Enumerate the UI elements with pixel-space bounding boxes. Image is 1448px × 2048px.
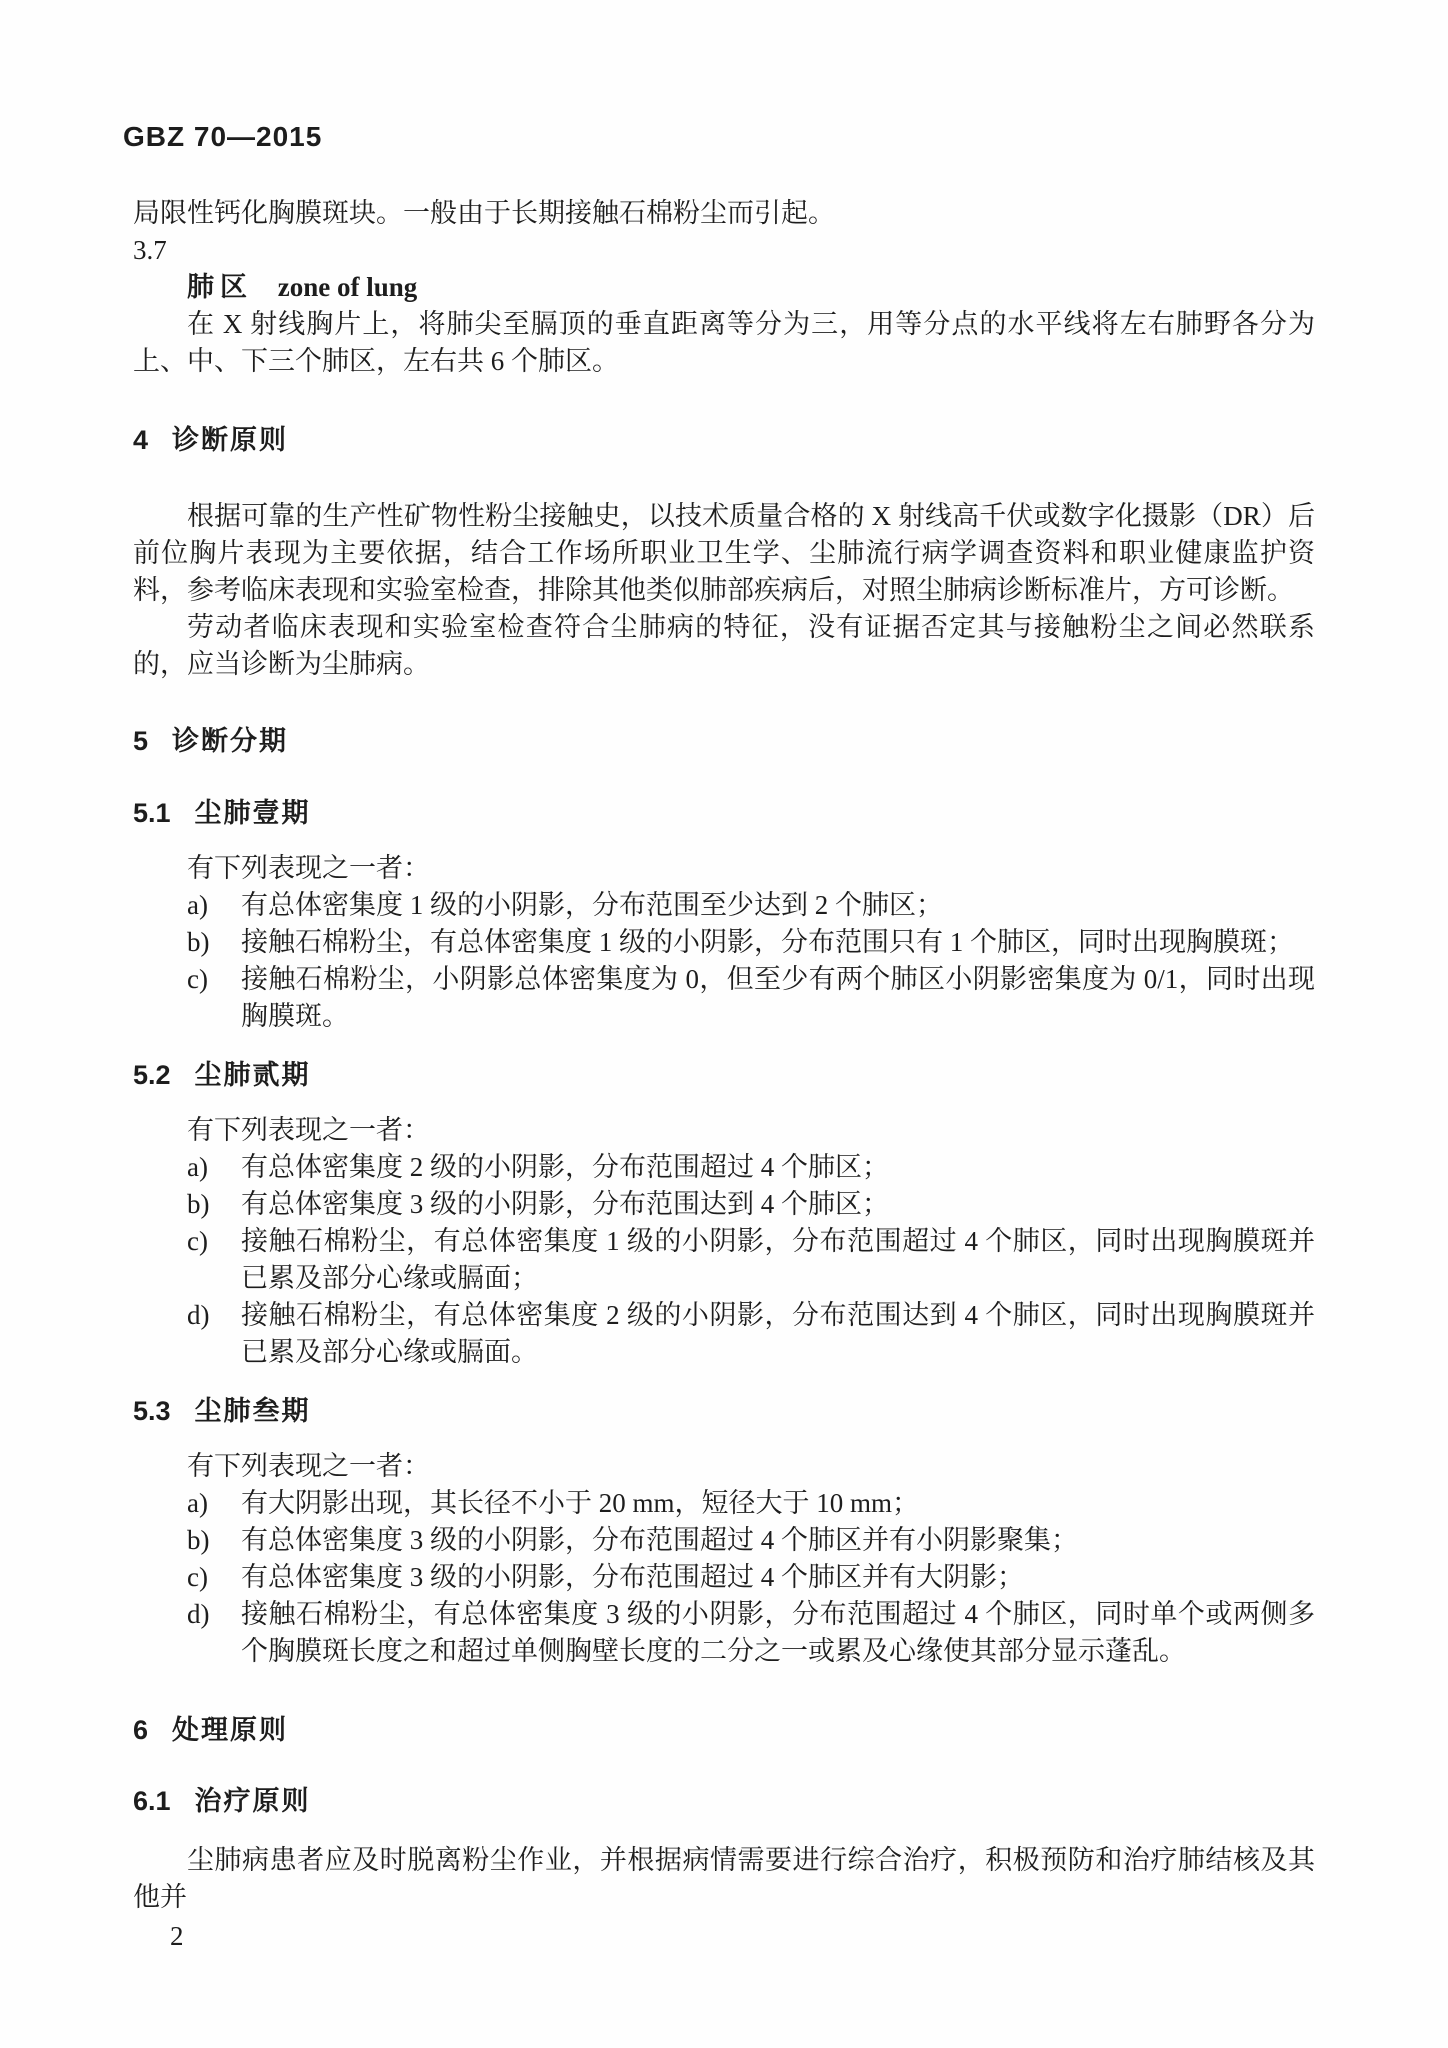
list-item-marker: c) [187,961,241,1035]
list-item: a) 有总体密集度 2 级的小阴影，分布范围超过 4 个肺区； [187,1149,1315,1186]
list-item-text: 有总体密集度 3 级的小阴影，分布范围达到 4 个肺区； [241,1186,1315,1223]
section-6-1-heading: 6.1治疗原则 [133,1781,1315,1821]
section-5-2-clauses: a) 有总体密集度 2 级的小阴影，分布范围超过 4 个肺区； b) 有总体密集… [187,1149,1315,1371]
section-5-1-heading: 5.1尘肺壹期 [133,793,1315,833]
list-item-marker: d) [187,1596,241,1670]
section-6-1-title: 治疗原则 [195,1786,311,1816]
section-5-3-number: 5.3 [133,1396,171,1426]
list-item-text: 接触石棉粉尘，有总体密集度 3 级的小阴影，分布范围超过 4 个肺区，同时单个或… [241,1596,1315,1670]
list-item: c) 接触石棉粉尘，有总体密集度 1 级的小阴影，分布范围超过 4 个肺区，同时… [187,1223,1315,1297]
section-6-1-paragraph: 尘肺病患者应及时脱离粉尘作业，并根据病情需要进行综合治疗，积极预防和治疗肺结核及… [133,1842,1315,1916]
section-5-3-clauses: a) 有大阴影出现，其长径不小于 20 mm，短径大于 10 mm； b) 有总… [187,1485,1315,1670]
list-item-text: 有总体密集度 3 级的小阴影，分布范围超过 4 个肺区并有小阴影聚集； [241,1522,1315,1559]
standard-number: GBZ 70—2015 [123,118,1315,155]
section-5-1-number: 5.1 [133,798,171,828]
section-5-3-heading: 5.3尘肺叁期 [133,1391,1315,1431]
list-item: b) 有总体密集度 3 级的小阴影，分布范围达到 4 个肺区； [187,1186,1315,1223]
list-item: a) 有总体密集度 1 级的小阴影，分布范围至少达到 2 个肺区； [187,887,1315,924]
term-definition: 在 X 射线胸片上，将肺尖至膈顶的垂直距离等分为三，用等分点的水平线将左右肺野各… [133,306,1315,380]
list-item-marker: a) [187,1485,241,1522]
list-item-marker: c) [187,1223,241,1297]
list-item: d) 接触石棉粉尘，有总体密集度 3 级的小阴影，分布范围超过 4 个肺区，同时… [187,1596,1315,1670]
list-item-text: 有总体密集度 2 级的小阴影，分布范围超过 4 个肺区； [241,1149,1315,1186]
list-item: b) 接触石棉粉尘，有总体密集度 1 级的小阴影，分布范围只有 1 个肺区，同时… [187,924,1315,961]
section-6-heading: 6处理原则 [133,1710,1315,1750]
list-item-marker: a) [187,1149,241,1186]
list-item-text: 接触石棉粉尘，有总体密集度 1 级的小阴影，分布范围超过 4 个肺区，同时出现胸… [241,1223,1315,1297]
section-4-number: 4 [133,425,148,455]
list-item: c) 有总体密集度 3 级的小阴影，分布范围超过 4 个肺区并有大阴影； [187,1559,1315,1596]
section-5-1-clauses: a) 有总体密集度 1 级的小阴影，分布范围至少达到 2 个肺区； b) 接触石… [187,887,1315,1035]
section-5-1-title: 尘肺壹期 [195,798,311,828]
section-5-2-number: 5.2 [133,1060,171,1090]
section-6-1-number: 6.1 [133,1786,171,1816]
page-number: 2 [133,1918,1315,1955]
section-5-2-title: 尘肺贰期 [195,1060,311,1090]
carryover-definition-line: 局限性钙化胸膜斑块。一般由于长期接触石棉粉尘而引起。 [133,195,1315,232]
list-item: d) 接触石棉粉尘，有总体密集度 2 级的小阴影，分布范围达到 4 个肺区，同时… [187,1297,1315,1371]
list-item: a) 有大阴影出现，其长径不小于 20 mm，短径大于 10 mm； [187,1485,1315,1522]
term-number: 3.7 [133,232,1315,269]
list-item-marker: a) [187,887,241,924]
list-item: c) 接触石棉粉尘，小阴影总体密集度为 0，但至少有两个肺区小阴影密集度为 0/… [187,961,1315,1035]
list-item-text: 有总体密集度 3 级的小阴影，分布范围超过 4 个肺区并有大阴影； [241,1559,1315,1596]
term-title-line: 肺区 zone of lung [133,269,1315,306]
term-title-zh: 肺区 [187,272,253,302]
section-5-number: 5 [133,726,148,756]
list-item-text: 有总体密集度 1 级的小阴影，分布范围至少达到 2 个肺区； [241,887,1315,924]
list-item: b) 有总体密集度 3 级的小阴影，分布范围超过 4 个肺区并有小阴影聚集； [187,1522,1315,1559]
list-item-marker: c) [187,1559,241,1596]
section-5-2-heading: 5.2尘肺贰期 [133,1055,1315,1095]
list-item-marker: d) [187,1297,241,1371]
list-item-text: 接触石棉粉尘，有总体密集度 2 级的小阴影，分布范围达到 4 个肺区，同时出现胸… [241,1297,1315,1371]
section-4-heading: 4诊断原则 [133,420,1315,460]
section-5-3-title: 尘肺叁期 [195,1396,311,1426]
section-6-number: 6 [133,1715,148,1745]
list-item-text: 接触石棉粉尘，小阴影总体密集度为 0，但至少有两个肺区小阴影密集度为 0/1，同… [241,961,1315,1035]
list-item-text: 接触石棉粉尘，有总体密集度 1 级的小阴影，分布范围只有 1 个肺区，同时出现胸… [241,924,1315,961]
section-5-title: 诊断分期 [172,726,288,756]
section-6-title: 处理原则 [172,1715,288,1745]
section-4-paragraph-2: 劳动者临床表现和实验室检查符合尘肺病的特征，没有证据否定其与接触粉尘之间必然联系… [133,609,1315,683]
list-item-text: 有大阴影出现，其长径不小于 20 mm，短径大于 10 mm； [241,1485,1315,1522]
term-title-en: zone of lung [278,272,418,302]
list-item-marker: b) [187,1522,241,1559]
section-4-title: 诊断原则 [172,425,288,455]
list-item-marker: b) [187,924,241,961]
list-item-marker: b) [187,1186,241,1223]
section-4-paragraph-1: 根据可靠的生产性矿物性粉尘接触史，以技术质量合格的 X 射线高千伏或数字化摄影（… [133,498,1315,609]
section-5-heading: 5诊断分期 [133,721,1315,761]
document-page: GBZ 70—2015 局限性钙化胸膜斑块。一般由于长期接触石棉粉尘而引起。 3… [0,0,1448,2048]
section-5-1-lead: 有下列表现之一者： [133,850,1315,887]
section-5-3-lead: 有下列表现之一者： [133,1448,1315,1485]
section-5-2-lead: 有下列表现之一者： [133,1112,1315,1149]
